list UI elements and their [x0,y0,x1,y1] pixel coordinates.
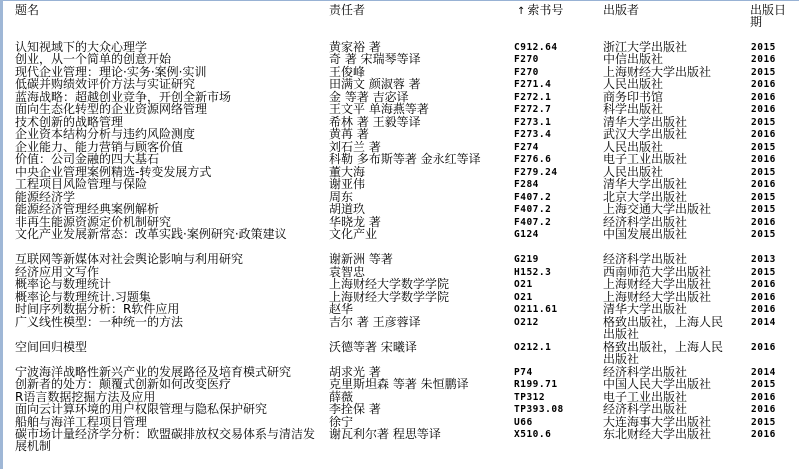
cell-publisher: 上海交通大学出版社 [603,203,731,215]
cell-pub-date: 2015 [751,142,776,154]
cell-call-number: O211.61 [514,304,558,316]
cell-pub-date: 2015 [751,117,776,129]
cell-author: 赵华 [329,303,509,315]
cell-pub-date: 2015 [751,379,776,391]
cell-call-number: F407.2 [514,217,551,229]
cell-author: 吉尔 著 王彦蓉译 [329,316,509,328]
cell-pub-date: 2015 [751,417,776,429]
cell-publisher: 中国发展出版社 [603,228,731,240]
cell-call-number: C912.64 [514,42,558,54]
cell-pub-date: 2016 [751,292,776,304]
cell-publisher: 中信出版社 [603,53,731,65]
cell-call-number: X510.6 [514,429,551,441]
cell-author: 王文平 单海燕等著 [329,103,509,115]
cell-pub-date: 2016 [751,54,776,66]
cell-pub-date: 2016 [751,279,776,291]
cell-pub-date: 2016 [751,92,776,104]
cell-author: 田满文 颜淑蓉 著 [329,78,509,90]
cell-publisher: 电子工业出版社 [603,153,731,165]
cell-publisher: 清华大学出版社 [603,303,731,315]
cell-call-number: O21 [514,279,533,291]
cell-publisher: 格致出版社，上海人民出版社 [603,341,731,366]
cell-publisher: 科学出版社 [603,103,731,115]
cell-author: 谢新洲 等著 [329,253,509,265]
cell-author: 科勒 多布斯等著 金永红等译 [329,153,509,165]
cell-call-number: F274 [514,142,539,154]
cell-call-number: F273.4 [514,129,551,141]
cell-title: 能源经济管理经典案例解析 [15,203,315,215]
cell-call-number: F272.7 [514,104,551,116]
cell-call-number: F276.6 [514,154,551,166]
cell-publisher: 中国人民大学出版社 [603,378,731,390]
cell-author: 克里斯坦森 等著 朱恒鹏译 [329,378,509,390]
cell-call-number: O212 [514,317,539,329]
cell-title: 面向云计算环境的用户权限管理与隐私保护研究 [15,403,315,415]
cell-pub-date: 2013 [751,254,776,266]
cell-title: 互联网等新媒体对社会舆论影响与利用研究 [15,253,315,265]
cell-pub-date: 2016 [751,179,776,191]
cell-author: 奇 著 宋瑞琴等译 [329,53,509,65]
cell-call-number: O21 [514,292,533,304]
cell-pub-date: 2015 [751,42,776,54]
cell-publisher: 清华大学出版社 [603,178,731,190]
cell-author: 李拴保 著 [329,403,509,415]
cell-call-number: F270 [514,54,539,66]
cell-pub-date: 2016 [751,104,776,116]
cell-call-number: O212.1 [514,342,551,354]
cell-publisher: 东北财经大学出版社 [603,428,731,440]
cell-call-number: TP393.08 [514,404,564,416]
window-left-border [0,0,3,469]
column-header-call-number[interactable]: ↑索书号 [517,4,563,18]
cell-pub-date: 2016 [751,342,776,354]
cell-pub-date: 2016 [751,79,776,91]
cell-call-number: F271.4 [514,79,551,91]
cell-title: 概率论与数理统计 [15,278,315,290]
cell-title: 面向生态化转型的企业资源网络管理 [15,103,315,115]
cell-pub-date: 2015 [751,229,776,241]
cell-publisher: 武汉大学出版社 [603,128,731,140]
cell-pub-date: 2015 [751,267,776,279]
cell-author: 上海财经大学数学学院 [329,291,509,303]
cell-call-number: F273.1 [514,117,551,129]
cell-publisher: 经济科学出版社 [603,253,731,265]
cell-title: 碳市场计量经济学分析：欧盟碳排放权交易体系与清洁发展机制 [15,428,315,453]
column-header-call-number-label: 索书号 [527,3,563,17]
cell-publisher: 格致出版社，上海人民出版社 [603,316,731,341]
table-header: 题名 责任者 ↑索书号 出版者 出版日期 [0,0,799,36]
cell-call-number: F284 [514,179,539,191]
cell-title: 空间回归模型 [15,341,315,353]
cell-title: 文化产业发展新常态：改革实践·案例研究·政策建议 [15,228,315,240]
cell-call-number: G124 [514,229,539,241]
sort-ascending-icon: ↑ [517,6,525,17]
cell-call-number: P74 [514,367,533,379]
cell-pub-date: 2014 [751,367,776,379]
cell-author: 上海财经大学数学学院 [329,278,509,290]
cell-author: 胡道玖 [329,203,509,215]
cell-pub-date: 2016 [751,404,776,416]
cell-author: 文化产业 [329,228,509,240]
cell-pub-date: 2015 [751,67,776,79]
cell-call-number: F407.2 [514,204,551,216]
cell-author: 沃德等著 宋曦译 [329,341,509,353]
cell-call-number: F270 [514,67,539,79]
cell-call-number: H152.3 [514,267,551,279]
cell-author: 黄苒 著 [329,128,509,140]
cell-call-number: R199.71 [514,379,558,391]
cell-call-number: U66 [514,417,533,429]
cell-pub-date: 2015 [751,167,776,179]
cell-title: 创业，从一个简单的创意开始 [15,53,315,65]
cell-pub-date: 2016 [751,429,776,441]
cell-title: 价值：公司金融的四大基石 [15,153,315,165]
cell-pub-date: 2016 [751,129,776,141]
cell-pub-date: 2014 [751,317,776,329]
cell-author: 谢瓦利尔著 程思等译 [329,428,509,440]
cell-title: 企业资本结构分析与违约风险测度 [15,128,315,140]
cell-publisher: 经济科学出版社 [603,403,731,415]
column-header-author[interactable]: 责任者 [329,4,365,16]
cell-call-number: G219 [514,254,539,266]
cell-title: 工程项目风险管理与保险 [15,178,315,190]
cell-call-number: TP312 [514,392,545,404]
cell-title: 创新者的处方：颠覆式创新如何改变医疗 [15,378,315,390]
cell-publisher: 人民出版社 [603,78,731,90]
cell-call-number: F272.1 [514,92,551,104]
cell-pub-date: 2016 [751,392,776,404]
column-header-title[interactable]: 题名 [15,4,39,16]
cell-publisher: 上海财经大学出版社 [603,278,731,290]
cell-title: 广义线性模型：一种统一的方法 [15,316,315,328]
column-header-publisher[interactable]: 出版者 [603,4,639,16]
cell-title: 低碳并购绩效评价方法与实证研究 [15,78,315,90]
cell-pub-date: 2016 [751,304,776,316]
cell-pub-date: 2015 [751,192,776,204]
cell-pub-date: 2015 [751,204,776,216]
cell-title: 时间序列数据分析：R软件应用 [15,303,315,315]
cell-pub-date: 2016 [751,154,776,166]
cell-author: 谢亚伟 [329,178,509,190]
cell-call-number: F279.24 [514,167,558,179]
column-header-pub-date[interactable]: 出版日期 [750,4,790,28]
cell-call-number: F407.2 [514,192,551,204]
cell-pub-date: 2016 [751,217,776,229]
